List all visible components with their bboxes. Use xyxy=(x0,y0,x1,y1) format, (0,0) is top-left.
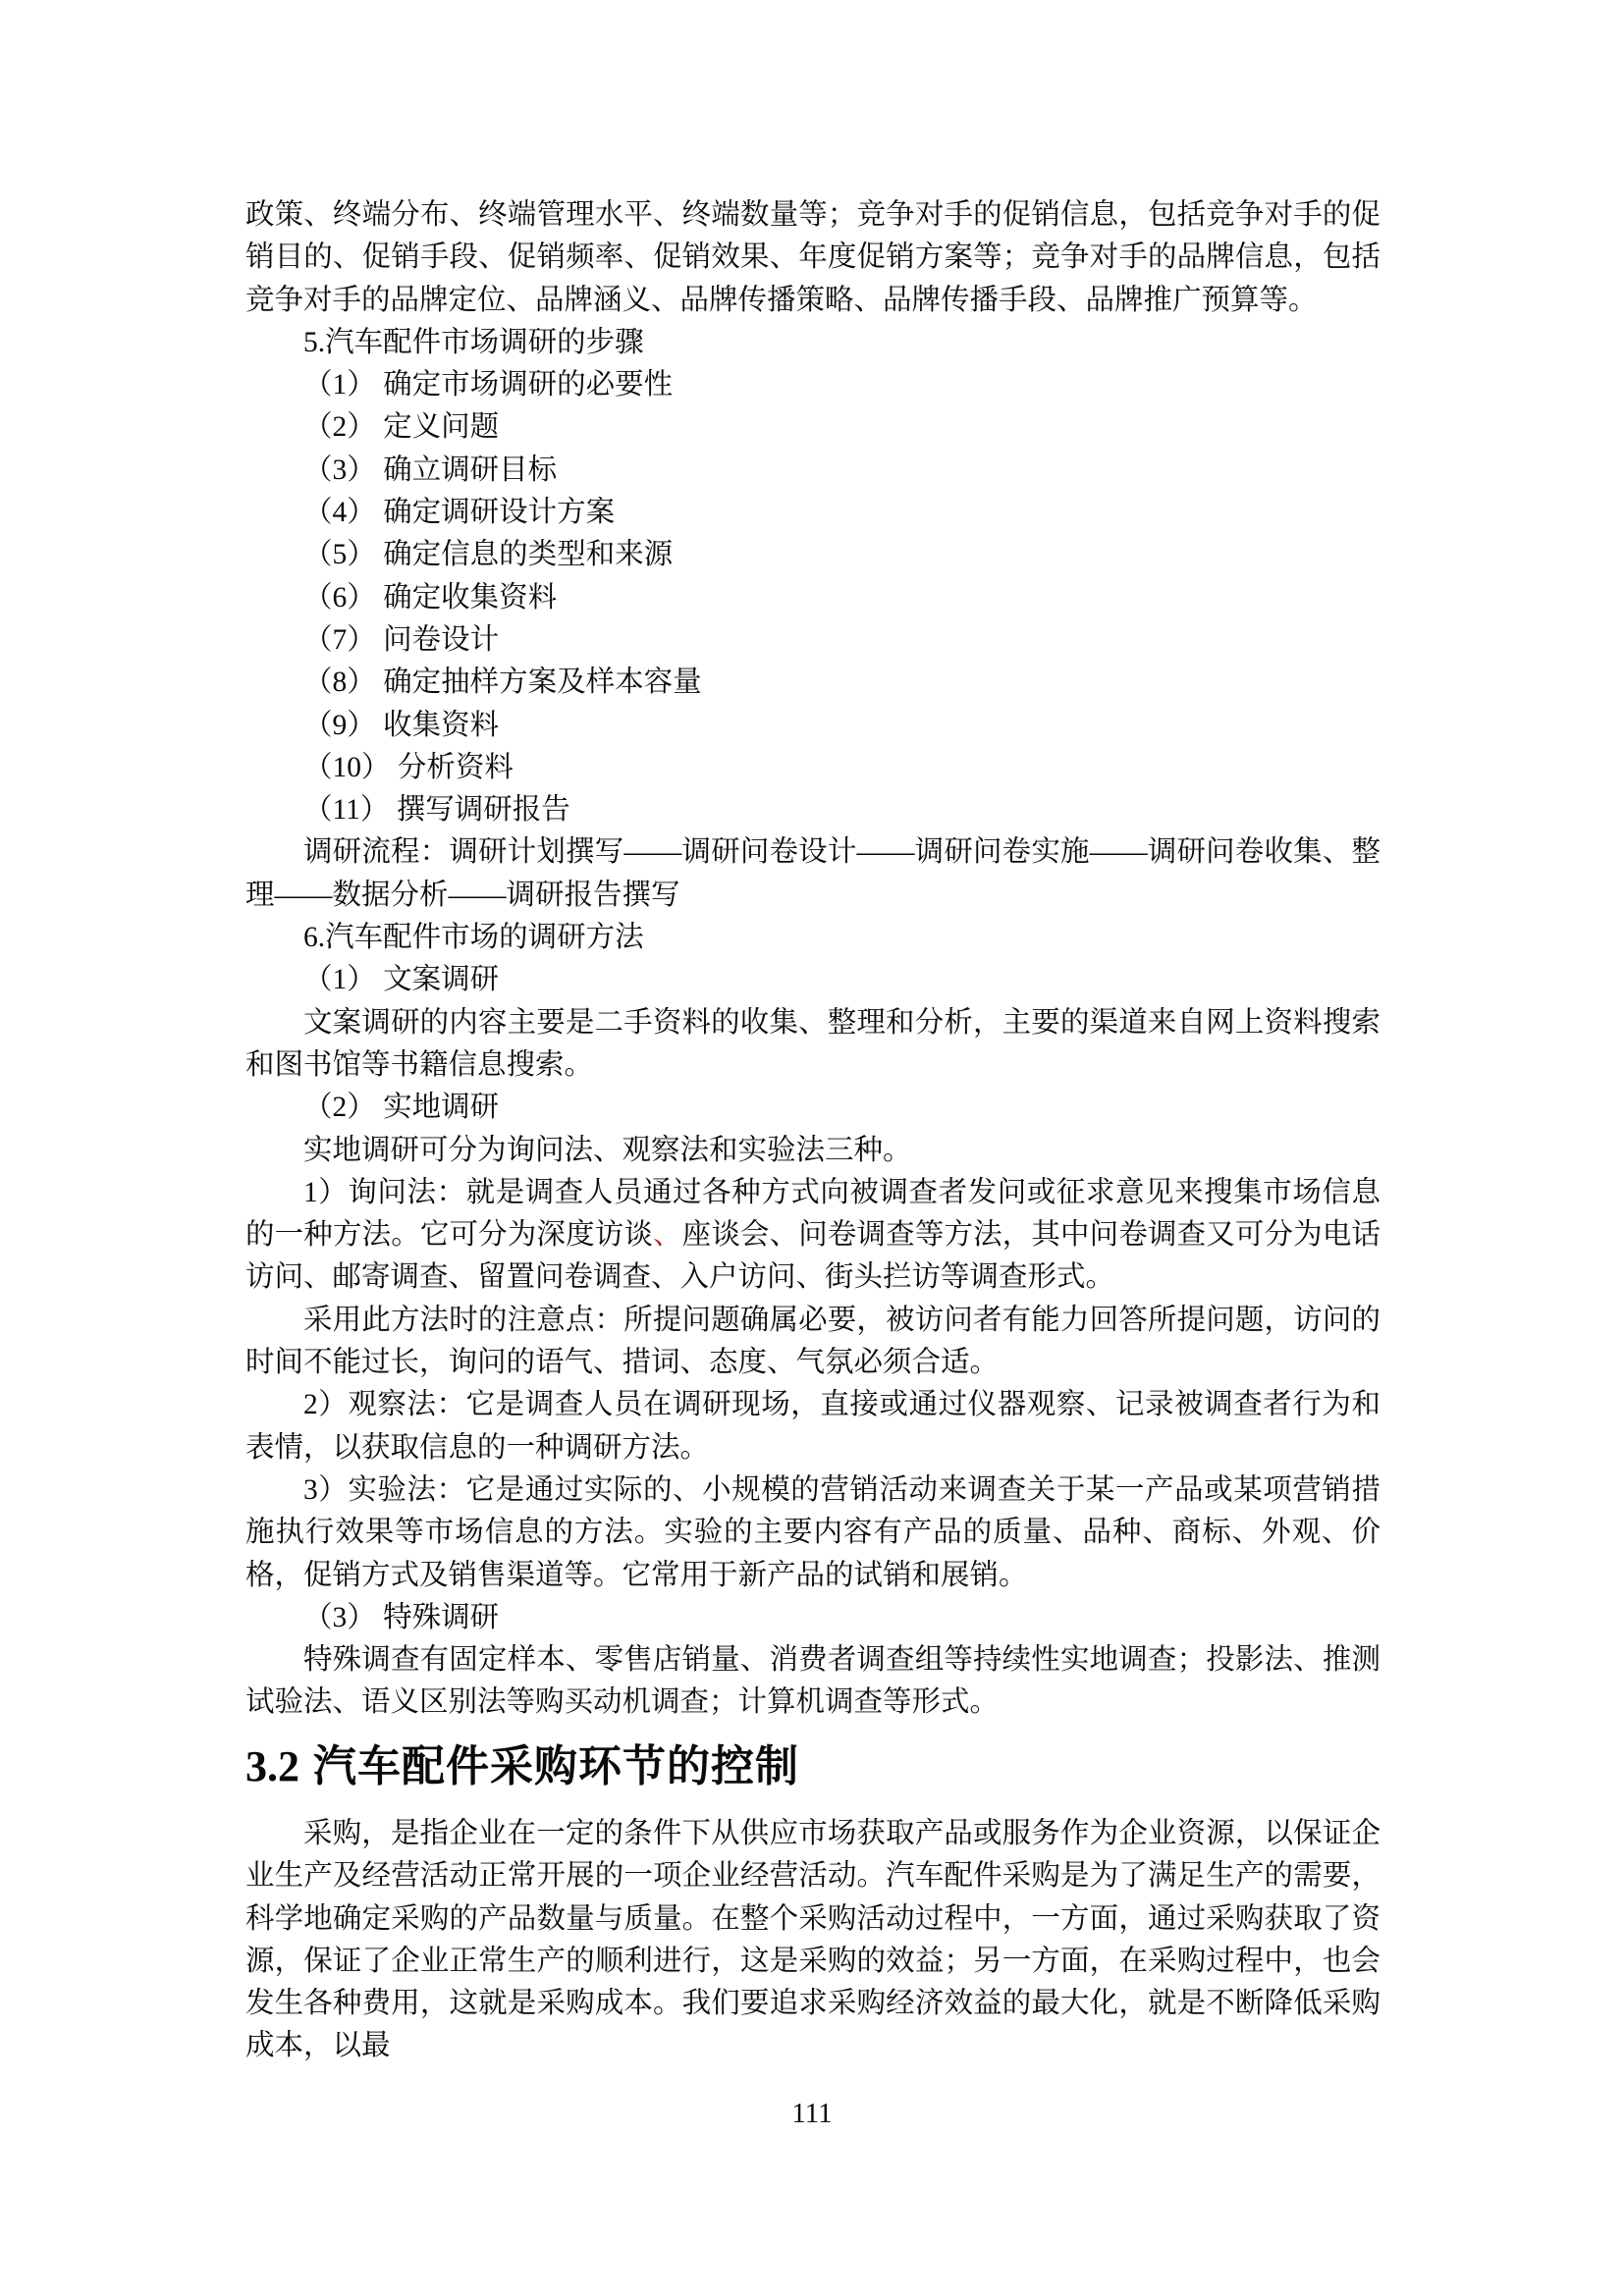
text-run: （6） 确定收集资料 xyxy=(303,582,557,614)
paragraph: 调研流程：调研计划撰写——调研问卷设计——调研问卷实施——调研问卷收集、整理——… xyxy=(245,831,1380,917)
paragraph: （2） 定义问题 xyxy=(245,406,1380,449)
text-run: 2）观察法：它是调查人员在调研现场，直接或通过仪器观察、记录被调查者行为和表情，… xyxy=(245,1389,1380,1463)
heading-title: 汽车配件采购环节的控制 xyxy=(313,1742,799,1790)
paragraph: （3） 特殊调研 xyxy=(245,1597,1380,1639)
paragraph: （3） 确立调研目标 xyxy=(245,450,1380,492)
paragraph: （2） 实地调研 xyxy=(245,1087,1380,1129)
paragraph: 3）实验法：它是通过实际的、小规模的营销活动来调查关于某一产品或某项营销措施执行… xyxy=(245,1469,1380,1597)
text-run: 采购，是指企业在一定的条件下从供应市场获取产品或服务作为企业资源，以保证企业生产… xyxy=(245,1818,1380,2061)
paragraph: 采购，是指企业在一定的条件下从供应市场获取产品或服务作为企业资源，以保证企业生产… xyxy=(245,1813,1380,2068)
page-footer: 111 xyxy=(0,2097,1624,2130)
closing-paragraph-container: 采购，是指企业在一定的条件下从供应市场获取产品或服务作为企业资源，以保证企业生产… xyxy=(245,1813,1380,2068)
text-run: 5.汽车配件市场调研的步骤 xyxy=(303,327,644,358)
paragraph: （9） 收集资料 xyxy=(245,705,1380,747)
text-run: 采用此方法时的注意点：所提问题确属必要，被访问者有能力回答所提问题，访问的时间不… xyxy=(245,1305,1380,1378)
text-run: 实地调研可分为询问法、观察法和实验法三种。 xyxy=(303,1135,912,1166)
text-run: （11） 撰写调研报告 xyxy=(303,794,570,826)
paragraph: 1）询问法：就是调查人员通过各种方式向被调查者发问或征求意见来搜集市场信息的一种… xyxy=(245,1172,1380,1300)
section-heading: 3.2汽车配件采购环节的控制 xyxy=(245,1739,799,1793)
paragraph: 采用此方法时的注意点：所提问题确属必要，被访问者有能力回答所提问题，访问的时间不… xyxy=(245,1300,1380,1385)
paragraph: （10） 分析资料 xyxy=(245,747,1380,789)
text-run: （2） 定义问题 xyxy=(303,411,499,443)
paragraph: 文案调研的内容主要是二手资料的收集、整理和分析，主要的渠道来自网上资料搜索和图书… xyxy=(245,1002,1380,1088)
red-enumeration-comma: 、 xyxy=(653,1219,682,1251)
paragraph: （1） 文案调研 xyxy=(245,959,1380,1001)
text-run: 6.汽车配件市场的调研方法 xyxy=(303,922,644,953)
paragraph: 实地调研可分为询问法、观察法和实验法三种。 xyxy=(245,1130,1380,1172)
text-run: 3）实验法：它是通过实际的、小规模的营销活动来调查关于某一产品或某项营销措施执行… xyxy=(245,1474,1380,1591)
text-run: （3） 特殊调研 xyxy=(303,1602,499,1633)
text-run: 政策、终端分布、终端管理水平、终端数量等；竞争对手的促销信息，包括竞争对手的促销… xyxy=(245,199,1380,316)
paragraph: （1） 确定市场调研的必要性 xyxy=(245,364,1380,406)
text-run: 文案调研的内容主要是二手资料的收集、整理和分析，主要的渠道来自网上资料搜索和图书… xyxy=(245,1007,1380,1081)
paragraph: （11） 撰写调研报告 xyxy=(245,789,1380,831)
paragraph: 政策、终端分布、终端管理水平、终端数量等；竞争对手的促销信息，包括竞争对手的促销… xyxy=(245,194,1380,322)
text-run: （9） 收集资料 xyxy=(303,710,499,741)
page-number: 111 xyxy=(791,2098,832,2129)
text-run: 调研流程：调研计划撰写——调研问卷设计——调研问卷实施——调研问卷收集、整理——… xyxy=(245,836,1380,910)
text-run: （4） 确定调研设计方案 xyxy=(303,497,615,528)
paragraph: 6.汽车配件市场的调研方法 xyxy=(245,917,1380,959)
heading-number: 3.2 xyxy=(245,1742,299,1790)
text-run: （5） 确定信息的类型和来源 xyxy=(303,539,673,570)
paragraph: 2）观察法：它是调查人员在调研现场，直接或通过仪器观察、记录被调查者行为和表情，… xyxy=(245,1384,1380,1469)
paragraph: （5） 确定信息的类型和来源 xyxy=(245,534,1380,576)
paragraph: （6） 确定收集资料 xyxy=(245,577,1380,619)
paragraph: （7） 问卷设计 xyxy=(245,619,1380,662)
text-run: （1） 确定市场调研的必要性 xyxy=(303,369,673,400)
paragraph: 5.汽车配件市场调研的步骤 xyxy=(245,322,1380,364)
paragraph: （4） 确定调研设计方案 xyxy=(245,492,1380,534)
text-run: 特殊调查有固定样本、零售店销量、消费者调查组等持续性实地调查；投影法、推测试验法… xyxy=(245,1644,1380,1718)
text-run: （2） 实地调研 xyxy=(303,1092,499,1123)
paragraph: 特殊调查有固定样本、零售店销量、消费者调查组等持续性实地调查；投影法、推测试验法… xyxy=(245,1639,1380,1725)
text-run: （7） 问卷设计 xyxy=(303,624,499,656)
text-run: （8） 确定抽样方案及样本容量 xyxy=(303,667,702,698)
body-text: 政策、终端分布、终端管理水平、终端数量等；竞争对手的促销信息，包括竞争对手的促销… xyxy=(245,194,1380,1743)
document-page: 政策、终端分布、终端管理水平、终端数量等；竞争对手的促销信息，包括竞争对手的促销… xyxy=(0,0,1624,2296)
text-run: （3） 确立调研目标 xyxy=(303,454,557,486)
paragraph: （8） 确定抽样方案及样本容量 xyxy=(245,662,1380,704)
text-run: （10） 分析资料 xyxy=(303,752,514,783)
text-run: （1） 文案调研 xyxy=(303,964,499,995)
